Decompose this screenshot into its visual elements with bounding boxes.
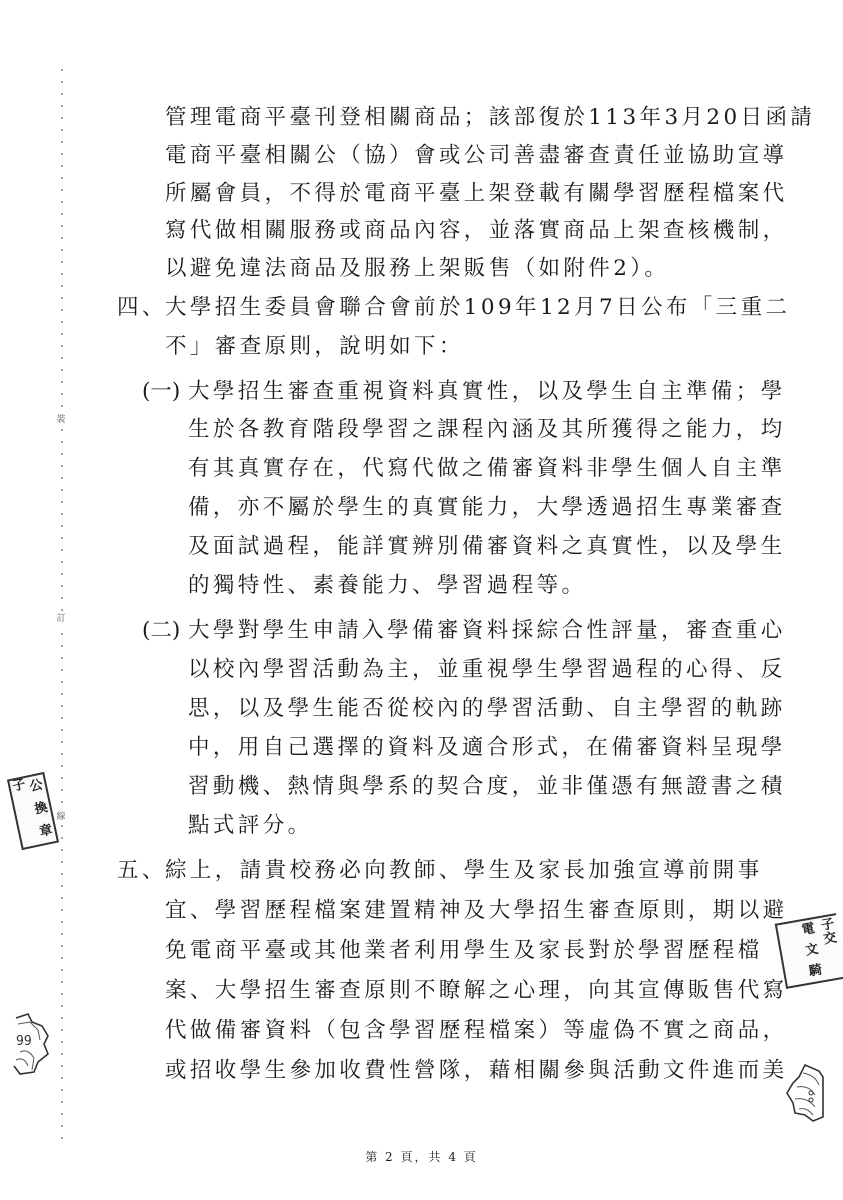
stamp-char: 公 — [27, 778, 47, 795]
text-line: 案、大學招生審查原則不瞭解之心理，向其宣傳販售代寫 — [165, 979, 788, 1003]
text-line: 大學對學生申請入學備審資料採綜合性評量，審查重心 — [188, 619, 786, 643]
text-line: 中，用自己選擇的資料及適合形式，在備審資料呈現學 — [188, 736, 786, 760]
text-line: 及面試過程，能詳實辨別備審資料之真實性，以及學生 — [188, 535, 786, 559]
text-line: 思，以及學生能否從校內的學習活動、自主學習的軌跡 — [188, 697, 786, 721]
text-line: 有其真實存在，代寫代做之備審資料非學生個人自主準 — [188, 457, 786, 481]
text-line: 管理電商平臺刊登相關商品；該部復於113年3月20日函請 — [165, 106, 815, 130]
stamp-char: 騎 — [805, 963, 827, 980]
left-perforation-seal: 99 — [10, 1010, 50, 1076]
stamp-char: 文 — [801, 942, 823, 959]
binding-dotted-line — [60, 64, 64, 1142]
binding-label-xian: 線 — [54, 810, 68, 824]
text-line: 宜、學習歷程檔案建置精神及大學招生審查原則，期以避 — [165, 899, 788, 923]
right-cross-page-stamp: 子 交 電 文 騎 — [775, 913, 843, 989]
item-1-marker: (一) — [142, 380, 180, 404]
text-line: 習動機、熱情與學系的契合度，並非僅憑有無證書之積 — [188, 775, 786, 799]
binding-label-zhuang: 裝 — [54, 413, 68, 427]
text-line: 免電商平臺或其他業者利用學生及家長對於學習歷程檔 — [165, 939, 763, 963]
seal-number: 99 — [16, 1034, 32, 1049]
text-line: 備，亦不屬於學生的真實能力，大學透過招生專業審查 — [188, 496, 786, 520]
text-line: 不」審查原則，說明如下： — [165, 335, 464, 359]
item-2-marker: (二) — [142, 619, 180, 643]
section-5-marker: 五、 — [117, 859, 167, 883]
text-line: 的獨特性、素養能力、學習過程等。 — [188, 574, 586, 598]
text-line: 電商平臺相關公（協）會或公司善盡審查責任並協助宣導 — [165, 144, 788, 168]
left-exchange-stamp: 公 換 章 子 — [7, 772, 59, 850]
text-line: 點式評分。 — [188, 814, 313, 838]
text-line: 大學招生審查重視資料真實性，以及學生自主準備；學 — [188, 380, 786, 404]
text-line: 生於各教育階段學習之課程內涵及其所獲得之能力，均 — [188, 418, 786, 442]
text-line: 大學招生委員會聯合會前於109年12月7日公布「三重二 — [165, 296, 790, 320]
text-line: 代做備審資料（包含學習歷程檔案）等虛偽不實之商品， — [165, 1019, 788, 1043]
text-line: 以避免違法商品及服務上架販售（如附件2）。 — [165, 257, 669, 281]
text-line: 寫代做相關服務或商品內容，並落實商品上架查核機制， — [165, 219, 788, 243]
seal-icon — [785, 1063, 825, 1123]
section-4-marker: 四、 — [117, 296, 167, 320]
stamp-char: 電 — [797, 922, 819, 939]
text-line: 綜上，請貴校務必向教師、學生及家長加強宣導前開事 — [165, 859, 763, 883]
text-line: 以校內學習活動為主，並重視學生學習過程的心得、反 — [188, 658, 786, 682]
text-line: 或招收學生參加收費性營隊，藉相關參與活動文件進而美 — [165, 1059, 788, 1083]
right-perforation-seal — [785, 1063, 825, 1123]
stamp-char: 章 — [36, 823, 56, 840]
binding-label-ding: 訂 — [54, 612, 68, 626]
page-number-footer: 第 2 頁，共 4 頁 — [0, 1148, 843, 1165]
stamp-char: 換 — [32, 801, 52, 818]
text-line: 所屬會員，不得於電商平臺上架登載有關學習歷程檔案代 — [165, 182, 788, 206]
stamp-char: 交 — [819, 931, 841, 948]
